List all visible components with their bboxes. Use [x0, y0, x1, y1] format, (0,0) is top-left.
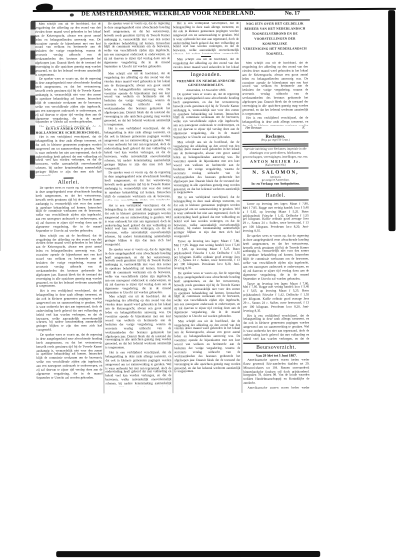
body-text: De spreker wees er voorts op, dat de reg… [36, 186, 102, 232]
section-heading-beursoverzicht: Beursoverzicht. [243, 344, 309, 350]
body-text: De spreker wees er voorts op, dat de reg… [35, 77, 101, 124]
double-rule [242, 143, 308, 147]
article-text-block: De spreker wees er voorts op, dat de reg… [36, 186, 103, 386]
reclames-priceline: (Prijs per regel 50 Cents.) [242, 139, 308, 142]
ad-salomon-line3: In- en Verkoop van Antiquiteiten. [243, 182, 309, 186]
body-text: Men schrijft ons uit de hoofdstad, dat d… [174, 318, 240, 373]
handel-text-block: Tarwe op levering iets lager; Maart f 7,… [243, 202, 310, 340]
beurs-heading-box: Beursoverzicht. [243, 342, 309, 352]
body-text: Het is een verblijdend verschijnsel, dat… [104, 127, 170, 170]
body-text: Tarwe op levering iets lager; Maart f 7,… [174, 239, 240, 271]
article-text-block: De spreker wees er voorts op, dat de reg… [104, 22, 170, 68]
body-text: Men schrijft ons uit de hoofdstad, dat d… [104, 72, 170, 126]
article-text-block: Het is een verblijdend verschijnsel, dat… [105, 204, 172, 386]
body-text: Men schrijft ons uit de hoofdstad, dat d… [36, 233, 102, 288]
body-text: Het is een verblijdend verschijnsel, dat… [105, 350, 171, 386]
body-text: Amerikaansche sporen waren heden weder f… [243, 385, 309, 388]
body-text: Het is een verblijdend verschijnsel, dat… [36, 289, 102, 332]
body-text: De spreker wees er voorts op, dat de reg… [105, 170, 171, 200]
section-heading-allerlei: Allerlei. [36, 179, 102, 185]
body-text: Men schrijft ons uit de hoofdstad, dat d… [242, 62, 308, 116]
article-text-block: Het is een verblijdend verschijnsel, dat… [173, 22, 239, 54]
body-text: Tarwe op levering iets lager; Maart f 7,… [243, 202, 309, 233]
signature-right: R. [302, 126, 305, 130]
letter-signature: Het Bestuur. R. [242, 126, 308, 130]
body-text: Men schrijft ons uit de hoofdstad, dat d… [173, 139, 239, 194]
body-text: De spreker wees er voorts op, dat de reg… [173, 93, 239, 139]
body-text: De spreker wees er voorts op, dat de reg… [105, 247, 171, 294]
body-text: Het is een verblijdend verschijnsel, dat… [174, 195, 240, 238]
scan-corner-blob [36, 4, 53, 12]
scan-right-border [388, 10, 395, 231]
page-edge-shadow [0, 1, 1, 251]
body-text: Tarwe op levering iets lager; Maart f 7,… [243, 281, 309, 313]
body-text: De spreker wees er voorts op, dat de reg… [104, 22, 170, 68]
beurs-text-block: Amerikaansche sporen waren heden weder f… [243, 358, 309, 388]
letter-title-block: NOG IETS OVER HET GELDELIJK BEHEER VAN H… [242, 22, 308, 62]
beurs-dateline: Van 29 Mei tot 5 Juni 1887. [243, 353, 309, 357]
separator-dash [132, 70, 142, 71]
section-rule [173, 69, 239, 70]
caps-line: VOORSTELLINGEN DER KONINKLIJKE [242, 36, 308, 46]
section-rule [243, 200, 309, 201]
article-text-block: Men schrijft ons uit de hoofdstad, dat d… [104, 72, 171, 200]
body-text: Men schrijft ons uit de hoofdstad, dat d… [105, 295, 171, 350]
separator-dash [133, 202, 143, 203]
letter-text-block: De spreker wees er voorts op, dat de reg… [173, 93, 240, 387]
body-text: Men schrijft ons uit de hoofdstad, dat d… [173, 58, 239, 68]
double-rule [243, 187, 309, 191]
letter-text-block: Men schrijft ons uit de hoofdstad, dat d… [242, 62, 308, 126]
column-4: NOG IETS OVER HET GELDELIJK BEHEER VAN H… [242, 22, 310, 389]
column-2: De spreker wees er voorts op, dat de reg… [104, 22, 172, 386]
section-heading-ingezonden: Ingezonden. [173, 72, 239, 78]
body-text: Het is een verblijdend verschijnsel, dat… [243, 313, 309, 341]
body-text: Het is een verblijdend verschijnsel, dat… [242, 116, 308, 126]
column-1: Men schrijft ons uit de hoofdstad, dat d… [35, 22, 103, 386]
letter-dateline: Amsterdam, 14 November 1886. [173, 88, 239, 92]
body-text: Het is een verblijdend verschijnsel, dat… [173, 22, 239, 54]
newspaper-page: DE AMSTERDAMMER, WEEKBLAD VOOR NEDERLAND… [0, 0, 400, 559]
advertiser-address: (Kalverstraat 104.) [242, 163, 308, 166]
body-text: De spreker wees er voorts op, dat de reg… [243, 233, 309, 280]
body-text: De spreker wees er voorts op, dat de reg… [174, 271, 240, 318]
separator-dash [64, 177, 74, 178]
section-heading-handel: Handel. [243, 192, 309, 198]
reclame-ad-text: Speciale inrichting voor Reclames; imper… [242, 148, 308, 159]
article-text-block: Men schrijft ons uit de hoofdstad, dat d… [35, 22, 101, 126]
article-subheading: EEN EN ANDER OVER DE HOLLANDSCHE SCHILDE… [35, 126, 101, 135]
article-text-block: Het is een verblijdend verschijnsel, dat… [35, 135, 101, 175]
signature-left: Het Bestuur. [245, 126, 262, 130]
separator-dash [201, 55, 211, 56]
body-text: Amerikaansche sporen waren heden weder f… [243, 358, 309, 385]
article-text-block: Men schrijft ons uit de hoofdstad, dat d… [173, 58, 239, 68]
body-text: Het is een verblijdend verschijnsel, dat… [35, 135, 101, 175]
letter-subject: VREEMDE EN NEDERLANDSCHE GENEESMIDDELEN. [173, 79, 239, 88]
section-rule [243, 168, 309, 169]
issue-number: No. 17 [285, 11, 300, 17]
section-rule [242, 131, 308, 132]
body-text: Men schrijft ons uit de hoofdstad, dat d… [35, 22, 101, 76]
column-3: Het is een verblijdend verschijnsel, dat… [173, 22, 241, 387]
scan-bottom-border [56, 551, 320, 557]
body-text: De spreker wees er voorts op, dat de reg… [36, 332, 102, 379]
masthead-title: DE AMSTERDAMMER, WEEKBLAD VOOR NEDERLAND… [81, 11, 255, 18]
caps-line: TOONEEL. [242, 51, 308, 56]
body-text: Het is een verblijdend verschijnsel, dat… [105, 204, 171, 246]
